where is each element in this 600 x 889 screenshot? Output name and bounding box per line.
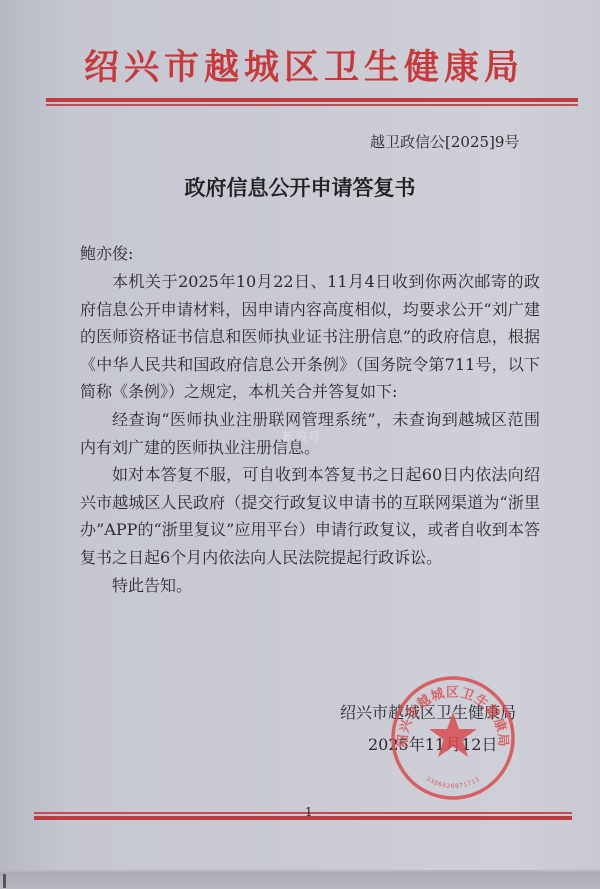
paragraph-closing: 特此告知。 (80, 572, 540, 600)
letterhead-red-rule (46, 98, 578, 106)
footer-red-rule (34, 812, 572, 820)
letterhead-issuer: 绍兴市越城区卫生健康局 (64, 40, 544, 90)
watermark: 新浪号 (282, 428, 321, 445)
paragraph-request-summary: 本机关于2025年10月22日、11月4日收到你两次邮寄的政府信息公开申请材料，… (80, 268, 540, 406)
page-number: 1 (305, 805, 313, 819)
paragraph-appeal-rights: 如对本答复不服，可自收到本答复书之日起60日内依法向绍兴市越城区人民政府（提交行… (80, 461, 540, 571)
document-page: 绍兴市越城区卫生健康局 越卫政信公[2025]9号 政府信息公开申请答复书 鲍亦… (0, 0, 600, 870)
signature-block: 绍兴市越城区卫生健康局 2025年11月12日 (340, 700, 516, 755)
photo-bottom-edge (0, 872, 600, 889)
document-number: 越卫政信公[2025]9号 (370, 131, 519, 152)
svg-text:3306020071713: 3306020071713 (425, 776, 481, 791)
salutation: 鲍亦俊: (80, 241, 133, 264)
signature-org: 绍兴市越城区卫生健康局 (340, 700, 516, 723)
document-title: 政府信息公开申请答复书 (150, 172, 450, 202)
signature-date: 2025年11月12日 (368, 732, 516, 755)
